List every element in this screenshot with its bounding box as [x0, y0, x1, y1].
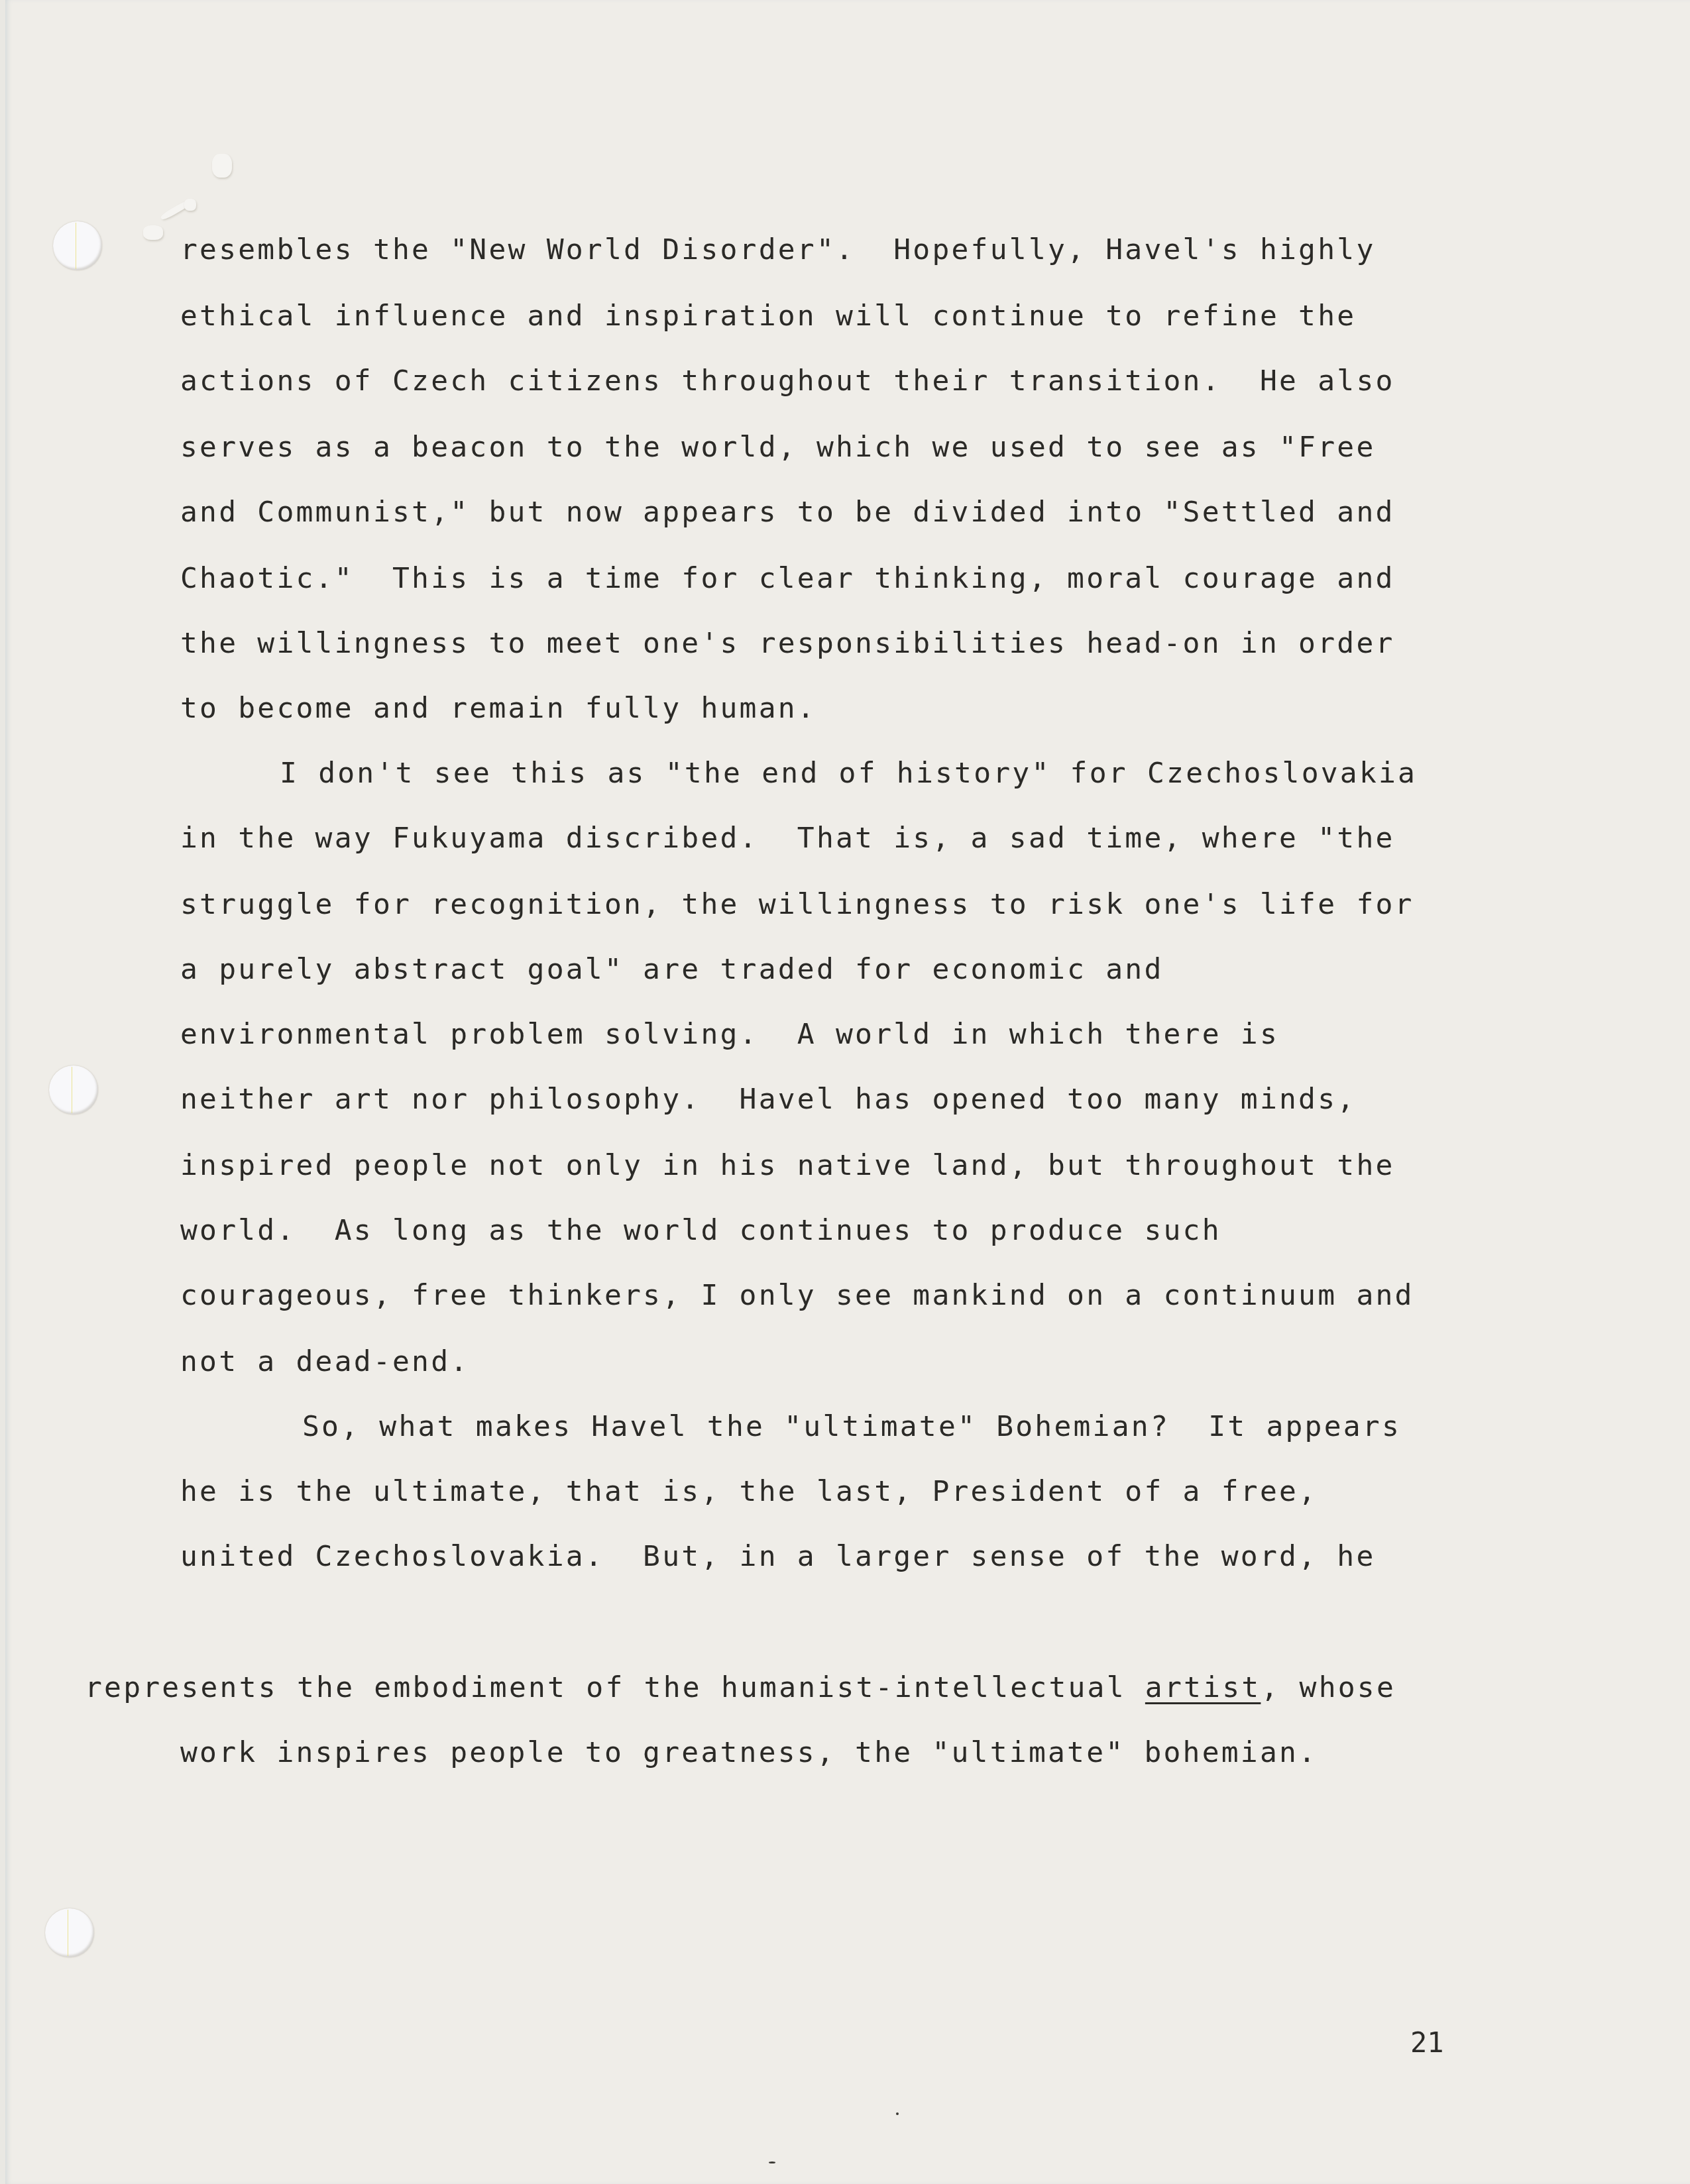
text-line: and Communist," but now appears to be di…	[180, 498, 1395, 527]
text-line: united Czechoslovakia. But, in a larger …	[180, 1543, 1375, 1571]
ink-speck	[896, 2112, 899, 2115]
ink-speck	[769, 2161, 775, 2163]
text-line: struggle for recognition, the willingnes…	[180, 891, 1414, 919]
text-line: neither art nor philosophy. Havel has op…	[180, 1085, 1356, 1114]
text-line: environmental problem solving. A world i…	[180, 1020, 1279, 1049]
binder-hole-middle	[49, 1065, 98, 1115]
text-line: work inspires people to greatness, the "…	[180, 1739, 1318, 1767]
text-line: to become and remain fully human.	[180, 694, 817, 723]
binder-hole-top	[53, 221, 102, 270]
page-number: 21	[1410, 2026, 1444, 2059]
text-line: world. As long as the world continues to…	[180, 1217, 1221, 1245]
text-line: the willingness to meet one's responsibi…	[180, 629, 1395, 658]
text-line: Chaotic." This is a time for clear think…	[180, 565, 1395, 593]
text-line: courageous, free thinkers, I only see ma…	[180, 1282, 1414, 1310]
text-line: actions of Czech citizens throughout the…	[180, 367, 1395, 396]
text-segment: represents the embodiment of the humanis…	[85, 1671, 1145, 1704]
paper-debris	[143, 225, 163, 240]
text-line: not a dead-end.	[180, 1348, 469, 1376]
text-line: in the way Fukuyama discribed. That is, …	[180, 824, 1395, 853]
text-line-with-underline: represents the embodiment of the humanis…	[85, 1674, 1396, 1702]
text-line: ethical influence and inspiration will c…	[180, 302, 1356, 331]
text-line: a purely abstract goal" are traded for e…	[180, 955, 1164, 984]
text-line: inspired people not only in his native l…	[180, 1152, 1395, 1180]
text-segment: , whose	[1261, 1671, 1396, 1704]
text-line: resembles the "New World Disorder". Hope…	[180, 236, 1375, 264]
paper-debris	[184, 199, 196, 211]
paper-debris	[212, 154, 232, 178]
text-line: serves as a beacon to the world, which w…	[180, 433, 1375, 462]
paragraph-start-line: I don't see this as "the end of history"…	[280, 759, 1417, 788]
underlined-word: artist	[1145, 1671, 1261, 1704]
binder-hole-bottom	[45, 1908, 94, 1957]
document-page: resembles the "New World Disorder". Hope…	[5, 0, 1690, 2184]
text-line: he is the ultimate, that is, the last, P…	[180, 1478, 1318, 1506]
paragraph-start-line: So, what makes Havel the "ultimate" Bohe…	[302, 1413, 1401, 1441]
